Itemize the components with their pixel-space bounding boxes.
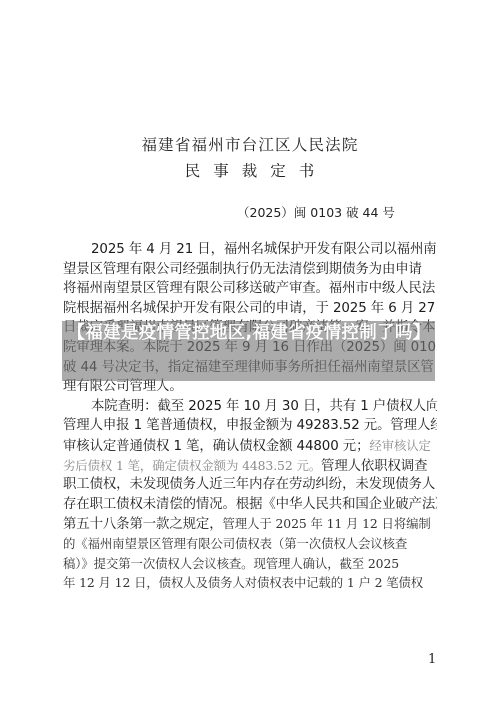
headline-overlay-title: 【福建是疫情管控地区,福建省疫情控制了吗】 [66,322,432,344]
body-line-tail: 管理人依职权调查 [321,459,427,474]
body-line: 的《福州南望景区管理有限公司债权表（第一次债权人会议核查 [63,534,437,554]
body-line: 将福州南望景区管理有限公司移送破产审查。福州市中级人民法 [63,279,437,299]
body-line: 院根据福州名城保护开发有限公司的申请，于 2025 年 6 月 27 [63,299,437,319]
body-line: 职工债权，未发现债务人近三年内存在劳动纠纷，未发现债务人 [63,475,437,495]
body-line-tail: 经审核认定 [369,438,430,453]
document-type-heading: 民事裁定书 [0,159,500,181]
body-line: 稿）》提交第一次债权人会议核查。现管理人确认，截至 2025 [63,554,437,574]
body-line-text: 劣后债权 1 笔，确定债权金额为 4483.52 元。 [63,458,321,473]
court-title: 福建省福州市台江区人民法院 [0,133,500,155]
body-line: 审核认定普通债权 1 笔，确认债权金额 44800 元；经审核认定 [63,436,437,456]
body-line-text: 审核认定普通债权 1 笔，确认债权金额 44800 元； [63,439,369,454]
body-line: 第五十八条第一款之规定，管理人于 2025 年 11 月 12 日将编制 [63,514,437,534]
body-line: 劣后债权 1 笔，确定债权金额为 4483.52 元。管理人依职权调查 [63,456,437,476]
page-number: 1 [428,652,436,667]
body-line: 存在职工债权未清偿的情况。根据《中华人民共和国企业破产法》 [63,495,437,515]
body-line: 管理人申报 1 笔普通债权，申报金额为 49283.52 元。管理人经 [63,416,437,436]
document-body: 2025 年 4 月 21 日，福州名城保护开发有限公司以福州南 望景区管理有限… [63,240,437,593]
body-line: 望景区管理有限公司经强制执行仍无法清偿到期债务为由申请 [63,260,437,280]
case-number: （2025）闽 0103 破 44 号 [237,203,395,221]
body-line: 年 12 月 12 日，债权人及债务人对债权表中记载的 1 户 2 笔债权 [63,573,437,593]
body-line: 2025 年 4 月 21 日，福州名城保护开发有限公司以福州南 [63,240,437,260]
body-line: 本院查明：截至 2025 年 10 月 30 日，共有 1 户债权人向 [63,397,437,417]
body-line-text: 第五十八条第一款之规定， [63,517,223,532]
body-line-tail: 管理人于 2025 年 11 月 12 日将编制 [223,516,431,531]
